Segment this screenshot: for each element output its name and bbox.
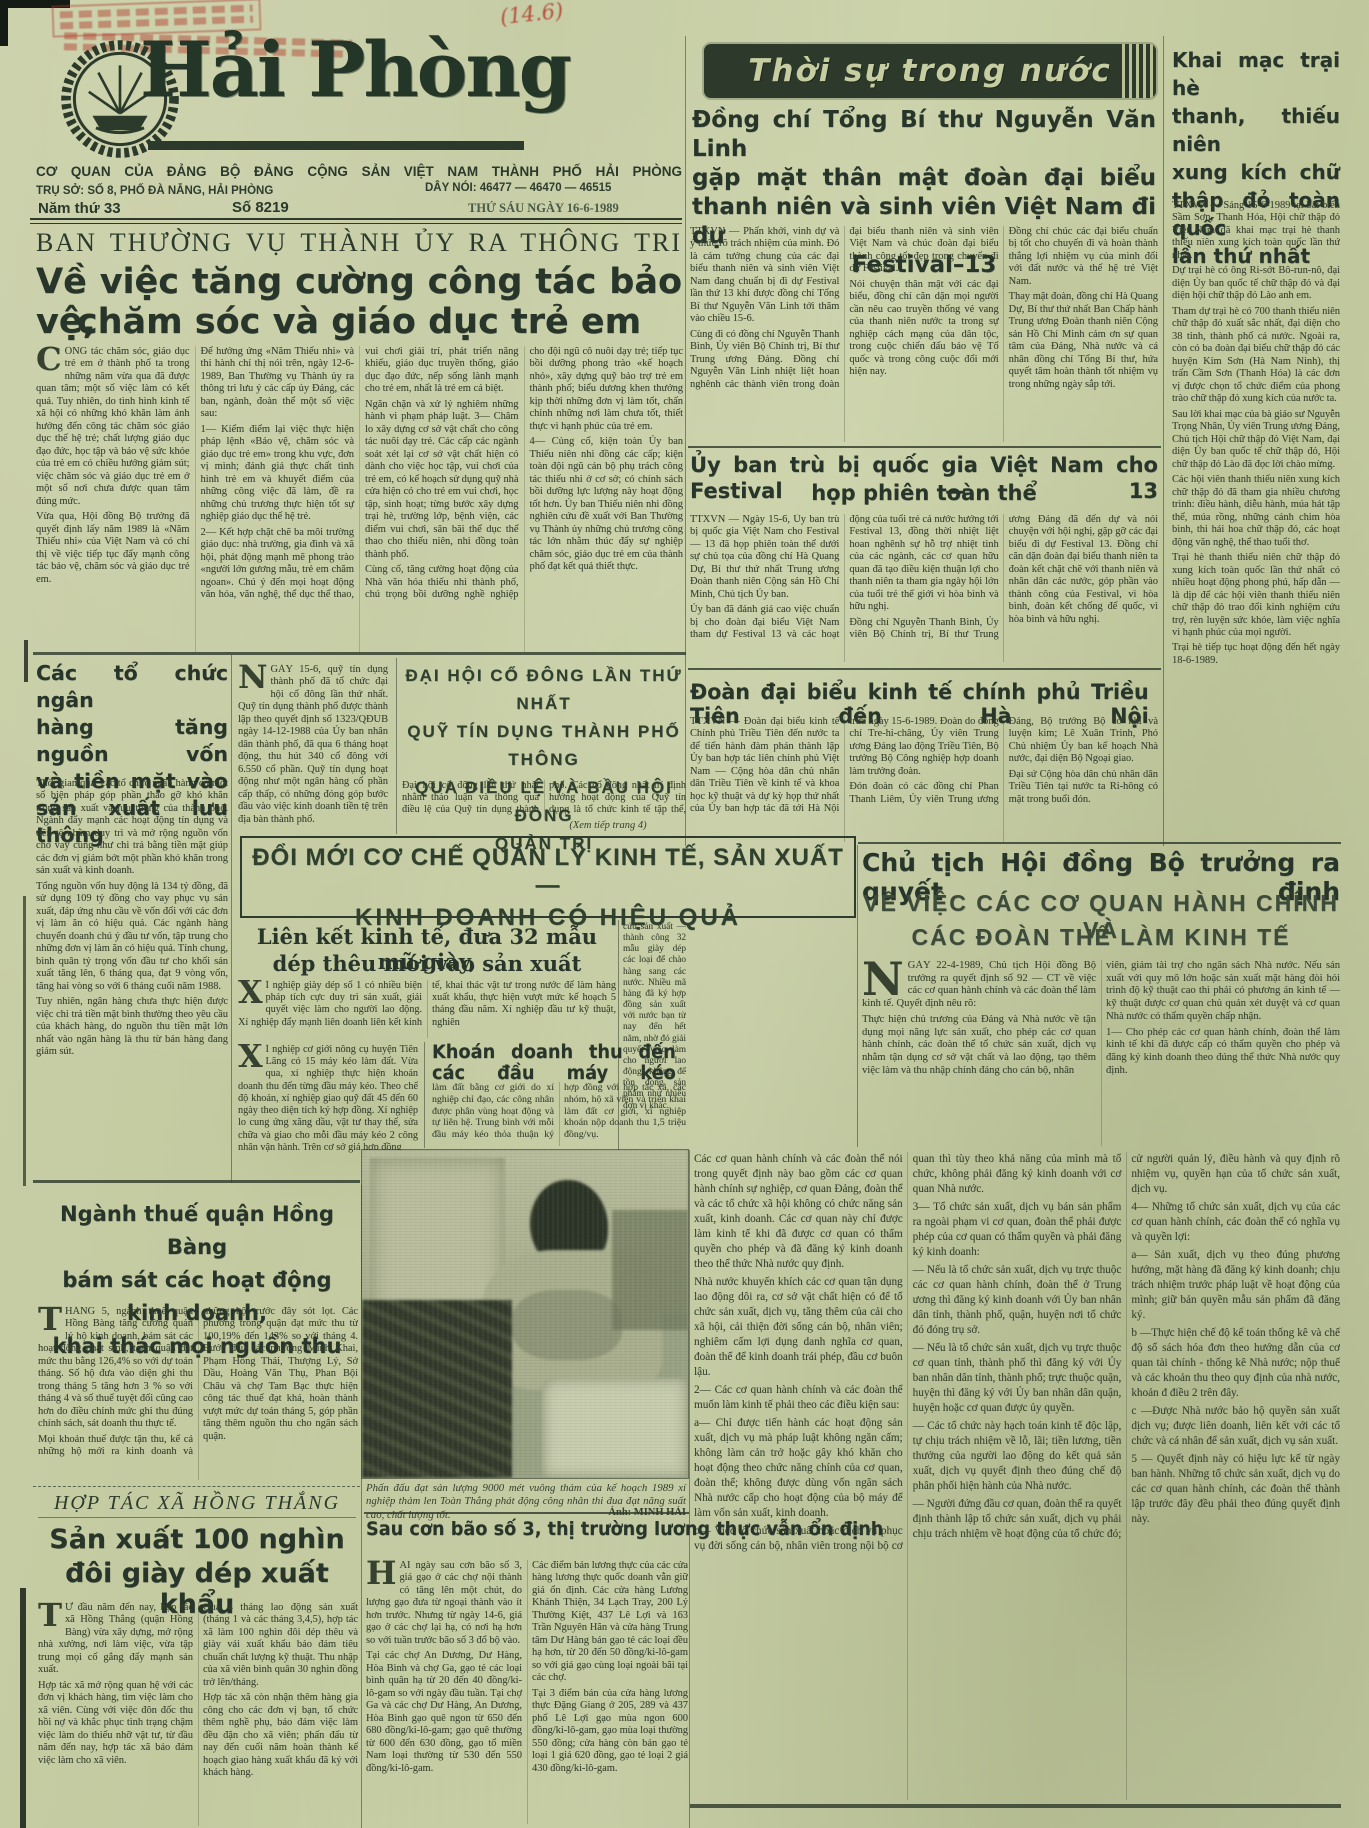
paragraph: 2— Các cơ quan hành chính và các đoàn th… [694, 1383, 903, 1413]
column-rule [685, 36, 686, 846]
paragraph: Để hưởng ứng «Năm Thiếu nhi» và thi hành… [201, 346, 355, 421]
banner-hatch-icon [1118, 44, 1156, 98]
section-rule [690, 1804, 1341, 1808]
quytindung-body: Đại hội cổ đông lần thứ nhất nhằm thảo l… [402, 780, 686, 820]
headline-line: QUỸ TÍN DỤNG THÀNH PHỐ THÔNG [404, 718, 684, 774]
htx-headline-line1: Sản xuất 100 nghìn [38, 1524, 356, 1555]
column-rule [361, 1185, 362, 1828]
paragraph: Thay mặt đoàn, đồng chí Hà Quang Dự, Bí … [1009, 291, 1158, 391]
paragraph: Thực hiện chủ trương của Đảng và Nhà nướ… [862, 1014, 1096, 1078]
paragraph: Các cơ quan hành chính và các đoàn thể n… [694, 1152, 903, 1272]
paragraph: Tuy nhiên, ngân hàng chưa thực hiện được… [36, 996, 228, 1058]
column-rule [424, 1042, 425, 1148]
paragraph: NGÀY 22-4-1989, Chủ tịch Hội đồng Bộ trư… [862, 960, 1096, 1011]
column-rule [857, 845, 858, 1147]
lead-kicker: BAN THƯỜNG VỤ THÀNH ỦY RA THÔNG TRI [36, 228, 682, 258]
paragraph: TTXVN — Phấn khởi, vinh dự và ý thức rõ … [690, 226, 839, 326]
paragraph: Tại 3 điểm bán của cửa hàng lương thực Đ… [532, 1688, 688, 1775]
paragraph: a— Chỉ được tiến hành các hoạt động sản … [694, 1416, 903, 1521]
quytindung-intro: NGÀY 15-6, quỹ tín dụng thành phố đã tổ … [238, 664, 388, 834]
paragraph: Các điểm bán lương thực của các cửa hàng… [532, 1560, 688, 1685]
column-rule [396, 658, 397, 834]
news-photo [362, 1150, 688, 1478]
lienket-headline-line2: dép thêu mới vào sản xuất [238, 951, 616, 976]
paragraph: — Các tổ chức này hạch toán kinh tế độc … [913, 1419, 1122, 1494]
headline-line: gặp mặt thân mật đoàn đại biểu [692, 164, 1156, 193]
paragraph: — Nếu là tổ chức sản xuất, dịch vụ trực … [913, 1263, 1122, 1338]
khoan-body: làm đất bằng cơ giới do xí nghiệp chỉ đạ… [432, 1082, 686, 1146]
column-rule [689, 1150, 690, 1828]
chutich-headline-line3: CÁC ĐOÀN THỂ LÀM KINH TẾ [862, 924, 1340, 951]
column-rule [231, 655, 232, 1183]
traihe-body: TTXVN — Sáng 15-6-1989 tại bãi biển Sầm … [1172, 200, 1340, 844]
doimoi-box: ĐỔI MỚI CƠ CHẾ QUẢN LÝ KINH TẾ, SẢN XUẤT… [240, 836, 856, 918]
newspaper-title: Hải Phòng [140, 26, 538, 144]
paragraph: Ngăn chặn và xử lý nghiêm những hành vi … [365, 399, 519, 561]
chutich-upper-body: NGÀY 22-4-1989, Chủ tịch Hội đồng Bộ trư… [862, 960, 1340, 1146]
scan-edge-line [20, 1588, 26, 1828]
trieutien-body: TTXVN — Đoàn đại biểu kinh tế Chính phủ … [690, 716, 1158, 842]
chutich-lower-body: Các cơ quan hành chính và các đoàn thể n… [694, 1152, 1340, 1800]
paragraph: — Nếu là tổ chức sản xuất, dịch vụ trực … [913, 1341, 1122, 1416]
paragraph: Trại hè tiếp tục hoạt động đến hết ngày … [1172, 642, 1340, 667]
section-rule [33, 1486, 360, 1487]
masthead-address: TRỤ SỞ: SỐ 8, PHỐ ĐÀ NẴNG, HẢI PHÒNG [36, 185, 376, 197]
paragraph: 5 — Quyết định này có hiệu lực kể từ ngà… [1131, 1452, 1340, 1527]
lead-headline-line2: chăm sóc và giáo dục trẻ em [36, 302, 682, 342]
masthead-rule [30, 218, 682, 224]
headline-line: Các tổ chức ngân [36, 660, 228, 714]
paragraph: Nhà nước khuyến khích các cơ quan tận dụ… [694, 1275, 903, 1380]
masthead-phone: DÂY NÓI: 46477 — 46470 — 46515 [425, 182, 683, 194]
paragraph: TTXVN — Sáng 15-6-1989 tại bãi biển Sầm … [1172, 200, 1340, 262]
scan-edge-line [24, 640, 28, 682]
lead-body: CÔNG tác chăm sóc, giáo dục trẻ em ở thà… [36, 346, 683, 652]
paragraph: XÍ nghiệp cơ giới nông cụ huyện Tiên Lãn… [238, 1044, 418, 1154]
paragraph: 4— Những tổ chức sản xuất, dịch vụ của c… [1131, 1200, 1340, 1245]
htx-kicker: HỢP TÁC XÃ HỒNG THẮNG [38, 1492, 356, 1518]
headline-line: Đồng chí Tổng Bí thư Nguyễn Văn Linh [692, 106, 1156, 164]
paragraph: TTXVN — Ngày 15-6, Ủy ban trù bị quốc gi… [690, 514, 839, 601]
masthead-org-line: CƠ QUAN CỦA ĐẢNG BỘ ĐẢNG CỘNG SẢN VIỆT N… [36, 164, 682, 182]
paragraph: 1— Kiểm điểm lại việc thực hiện pháp lện… [201, 424, 355, 524]
baoso3-headline: Sau cơn bão số 3, thị trường lương thực … [366, 1518, 687, 1540]
lienket-body: XÍ nghiệp giày dép số 1 có nhiều biện ph… [238, 980, 616, 1038]
section-rule [688, 668, 1161, 670]
paragraph: Đại sứ Cộng hòa dân chủ nhân dân Triều T… [1009, 769, 1158, 806]
newspaper-page: (14.6) Hải Phòng CƠ QUAN CỦA ĐẢNG BỘ ĐẢN… [0, 0, 1369, 1828]
paragraph: Các hội viên thanh thiếu niên xung kích … [1172, 474, 1340, 549]
uyban-headline-line2: họp phiên toàn thể [690, 480, 1158, 506]
masthead-issue-number: Số 8219 [232, 199, 342, 216]
paragraph: NGÀY 15-6, quỹ tín dụng thành phố đã tổ … [238, 664, 388, 826]
paragraph: XÍ nghiệp giày dép số 1 có nhiều biện ph… [238, 980, 616, 1030]
paragraph: Tổng nguồn vốn huy động là 134 tỷ đồng, … [36, 881, 228, 993]
headline-line: ĐẠI HỘI CỔ ĐÔNG LẦN THỨ NHẤT [404, 662, 684, 718]
paragraph: 3— Tổ chức sản xuất, dịch vụ bán sản phẩ… [913, 1200, 1122, 1260]
paragraph: Đồng chí chúc các đại biểu chuẩn bị tốt … [1009, 226, 1158, 288]
column-rule [1163, 36, 1164, 846]
headline-line: hàng tăng nguồn vốn [36, 714, 228, 768]
headline-line: ĐỔI MỚI CƠ CHẾ QUẢN LÝ KINH TẾ, SẢN XUẤT… [242, 844, 854, 900]
paragraph: Tại các chợ An Dương, Dư Hàng, Hòa Bình … [366, 1650, 522, 1775]
paragraph: b —Thực hiện chế độ kế toán thống kê và … [1131, 1326, 1340, 1401]
section-rule [688, 446, 1161, 448]
paragraph: Sau lời khai mạc của bà giáo sư Nguyễn T… [1172, 409, 1340, 471]
nganhang-body: Thời gian qua, các tổ chức ngân hàng có … [36, 778, 228, 1174]
headline-line: thanh, thiếu niên [1172, 102, 1340, 158]
paragraph: Thời gian qua, các tổ chức ngân hàng có … [36, 778, 228, 878]
paragraph: Hợp tác xã mở rộng quan hệ với các đơn v… [38, 1680, 193, 1767]
htx-body: TỪ đầu năm đến nay, hợp tác xã Hồng Thắn… [38, 1602, 358, 1826]
section-rule [364, 1512, 689, 1514]
paragraph: viên, giảm tài trợ cho ngân sách Nhà nướ… [1106, 960, 1340, 1024]
nganhthue-body: THÁNG 5, ngành thuế quận Hồng Bàng tăng … [38, 1306, 358, 1480]
baoso3-body: HAI ngày sau cơn bão số 3, giá gạo ở các… [366, 1560, 688, 1824]
khoan-headline: Khoán doanh thu đến các đầu máy kéo [432, 1042, 676, 1084]
paragraph: HAI ngày sau cơn bão số 3, giá gạo ở các… [366, 1560, 522, 1647]
section-banner-label: Thời sự trong nước [748, 53, 1112, 89]
continued-note: (Xem tiếp trang 4) [530, 820, 686, 831]
section-banner: Thời sự trong nước [704, 44, 1156, 98]
paragraph: Dự trại hè có ông Ri-sớt Bô-run-nô, đại … [1172, 265, 1340, 302]
masthead-year: Năm thứ 33 [38, 200, 158, 217]
paragraph: Tham dự trại hè có 700 thanh thiếu niên … [1172, 306, 1340, 406]
paragraph: làm đất bằng cơ giới do xí nghiệp chỉ đạ… [432, 1082, 686, 1146]
paragraph: Qua 4 tháng lao động sản xuất (tháng 1 v… [203, 1602, 358, 1689]
paragraph: CÔNG tác chăm sóc, giáo dục trẻ em ở thà… [36, 346, 190, 508]
paragraph: THÁNG 5, ngành thuế quận Hồng Bàng tăng … [38, 1306, 193, 1431]
scan-edge-line [23, 896, 26, 1186]
festival-body: TTXVN — Phấn khởi, vinh dự và ý thức rõ … [690, 226, 1158, 442]
paragraph: TỪ đầu năm đến nay, hợp tác xã Hồng Thắn… [38, 1602, 193, 1677]
paragraph: Đại hội cổ đông lần thứ nhất nhằm thảo l… [402, 780, 686, 820]
paragraph: Trại hè thanh thiếu niên chữ thập đỏ xun… [1172, 552, 1340, 639]
section-rule [858, 842, 1341, 844]
headline-line: Khai mạc trại hè [1172, 46, 1340, 102]
paragraph: Vừa qua, Hội đồng Bộ trưởng đã quyết địn… [36, 511, 190, 586]
section-rule [33, 1180, 360, 1183]
paragraph: 1— Cho phép các cơ quan hành chính, đoàn… [1106, 1027, 1340, 1078]
headline-line: Ngành thuế quận Hồng Bàng [38, 1198, 356, 1264]
title-underline [148, 141, 524, 150]
paragraph: a— Sản xuất, dịch vụ theo đúng phương hư… [1131, 1248, 1340, 1323]
masthead-date: THỨ SÁU NGÀY 16-6-1989 [468, 201, 682, 216]
paragraph: Hợp tác xã còn nhận thêm hàng gia công c… [203, 1692, 358, 1779]
paragraph: Nói chuyện thân mật với các đại biểu, đồ… [849, 279, 998, 379]
headline-line: xung kích chữ [1172, 158, 1340, 186]
scan-corner-mark [0, 0, 8, 46]
paragraph: 4— Củng cố, kiện toàn Ủy ban Thiếu niên … [530, 436, 684, 573]
paragraph: c —Được Nhà nước bảo hộ quyền sản xuất d… [1131, 1404, 1340, 1449]
section-rule [33, 652, 686, 655]
uyban-body: TTXVN — Ngày 15-6, Ủy ban trù bị quốc gi… [690, 514, 1158, 662]
